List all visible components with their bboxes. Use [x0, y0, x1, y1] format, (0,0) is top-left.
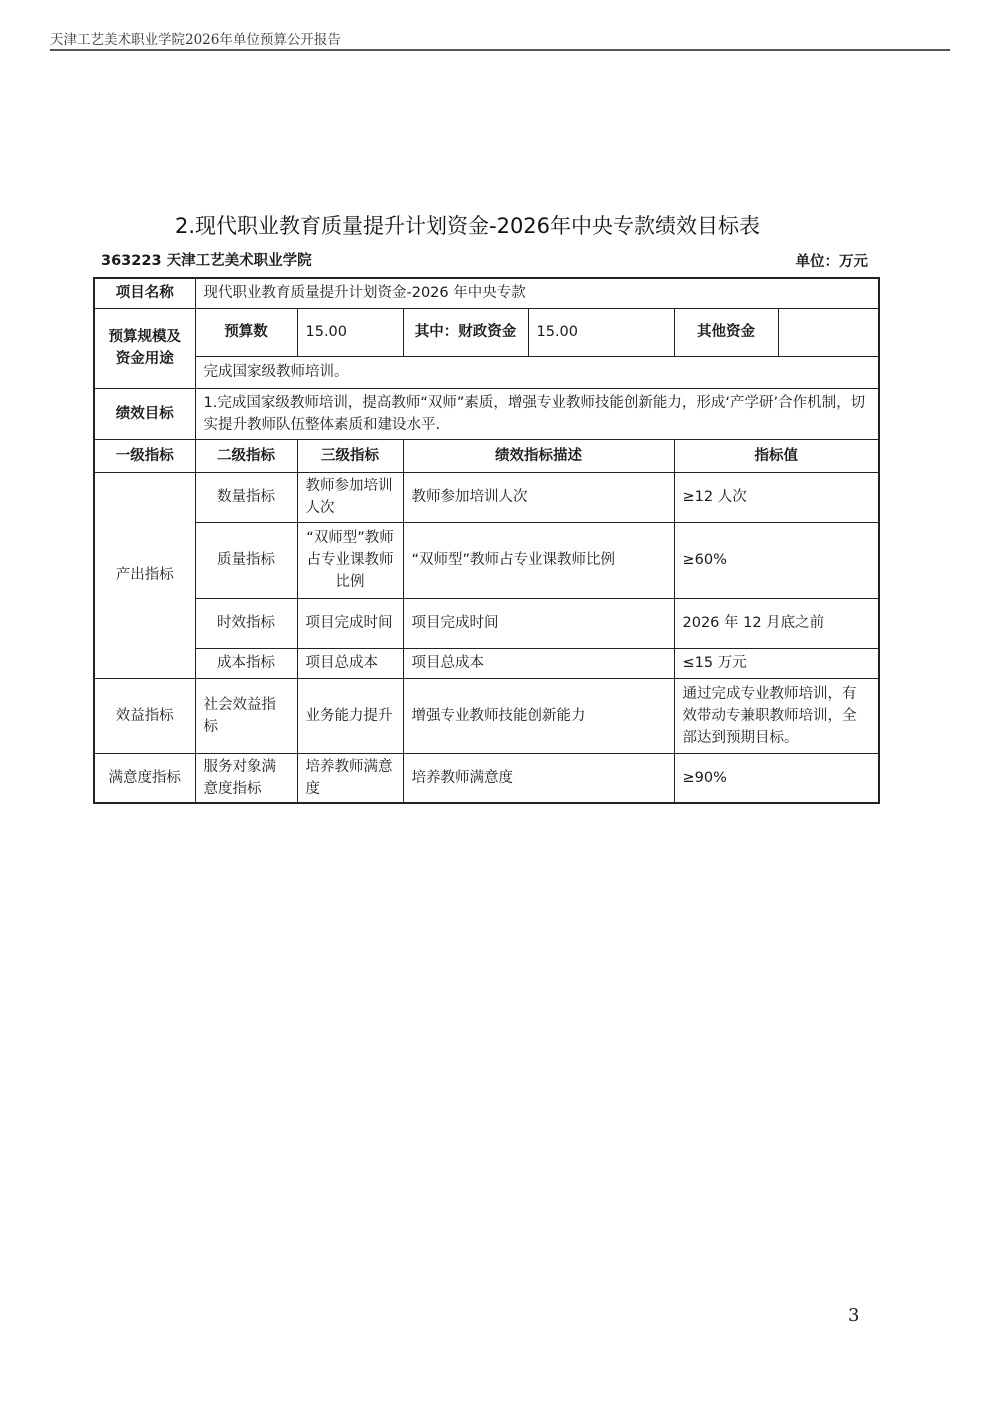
level1-benefit: 效益指标	[94, 678, 195, 753]
level3-cell: 教师参加培训人次	[297, 472, 403, 522]
level3-cell: 项目完成时间	[297, 598, 403, 648]
value-cell: 通过完成专业教师培训，有效带动专兼职教师培训，全部达到预期目标。	[674, 678, 879, 753]
level3-cell: 培养教师满意度	[297, 753, 403, 803]
header-level1: 一级指标	[94, 439, 195, 472]
indicator-header-row: 一级指标 二级指标 三级指标 绩效指标描述 指标值	[94, 439, 879, 472]
budget-amount-value: 15.00	[297, 308, 403, 356]
running-header: 天津工艺美术职业学院2026年单位预算公开报告	[50, 28, 341, 48]
performance-goal-table: 项目名称 现代职业教育质量提升计划资金-2026 年中央专款 预算规模及资金用途…	[93, 277, 880, 804]
indicator-row: 满意度指标 服务对象满意度指标 培养教师满意度 培养教师满意度 ≥90%	[94, 753, 879, 803]
level1-output: 产出指标	[94, 472, 195, 678]
goal-row: 绩效目标 1.完成国家级教师培训，提高教师“双师”素质，增强专业教师技能创新能力…	[94, 388, 879, 439]
value-cell: ≤15 万元	[674, 648, 879, 678]
level3-cell: 业务能力提升	[297, 678, 403, 753]
page-number: 3	[848, 1305, 859, 1326]
indicator-row: 成本指标 项目总成本 项目总成本 ≤15 万元	[94, 648, 879, 678]
description-cell: 项目总成本	[403, 648, 674, 678]
value-cell: ≥60%	[674, 522, 879, 598]
goal-label: 绩效目标	[94, 388, 195, 439]
level2-cell: 质量指标	[195, 522, 297, 598]
budget-label: 预算规模及资金用途	[94, 308, 195, 388]
other-funds-label: 其他资金	[674, 308, 778, 356]
indicator-row: 效益指标 社会效益指标 业务能力提升 增强专业教师技能创新能力 通过完成专业教师…	[94, 678, 879, 753]
indicator-row: 质量指标 “双师型”教师占专业课教师比例 “双师型”教师占专业课教师比例 ≥60…	[94, 522, 879, 598]
level2-cell: 服务对象满意度指标	[195, 753, 297, 803]
header-value: 指标值	[674, 439, 879, 472]
description-cell: 项目完成时间	[403, 598, 674, 648]
level2-cell: 成本指标	[195, 648, 297, 678]
description-cell: 教师参加培训人次	[403, 472, 674, 522]
usage-row: 完成国家级教师培训。	[94, 356, 879, 388]
level1-satisfaction: 满意度指标	[94, 753, 195, 803]
project-name-value: 现代职业教育质量提升计划资金-2026 年中央专款	[195, 278, 879, 308]
document-title: 2.现代职业教育质量提升计划资金-2026年中央专款绩效目标表	[0, 210, 935, 240]
value-cell: ≥90%	[674, 753, 879, 803]
header-level3: 三级指标	[297, 439, 403, 472]
project-name-label: 项目名称	[94, 278, 195, 308]
value-cell: ≥12 人次	[674, 472, 879, 522]
indicator-row: 时效指标 项目完成时间 项目完成时间 2026 年 12 月底之前	[94, 598, 879, 648]
fiscal-funds-label: 其中：财政资金	[403, 308, 528, 356]
budget-row: 预算规模及资金用途 预算数 15.00 其中：财政资金 15.00 其他资金	[94, 308, 879, 356]
project-name-row: 项目名称 现代职业教育质量提升计划资金-2026 年中央专款	[94, 278, 879, 308]
level2-cell: 社会效益指标	[195, 678, 297, 753]
level3-cell: “双师型”教师占专业课教师比例	[297, 522, 403, 598]
header-rule	[50, 49, 950, 51]
indicator-row: 产出指标 数量指标 教师参加培训人次 教师参加培训人次 ≥12 人次	[94, 472, 879, 522]
header-level2: 二级指标	[195, 439, 297, 472]
level3-cell: 项目总成本	[297, 648, 403, 678]
header-description: 绩效指标描述	[403, 439, 674, 472]
funds-usage-value: 完成国家级教师培训。	[195, 356, 879, 388]
fiscal-funds-value: 15.00	[528, 308, 674, 356]
description-cell: 培养教师满意度	[403, 753, 674, 803]
organization-label: 363223 天津工艺美术职业学院	[101, 249, 312, 270]
goal-value: 1.完成国家级教师培训，提高教师“双师”素质，增强专业教师技能创新能力，形成‘产…	[195, 388, 879, 439]
value-cell: 2026 年 12 月底之前	[674, 598, 879, 648]
level2-cell: 数量指标	[195, 472, 297, 522]
other-funds-value	[778, 308, 879, 356]
budget-amount-label: 预算数	[195, 308, 297, 356]
level2-cell: 时效指标	[195, 598, 297, 648]
unit-label: 单位：万元	[796, 250, 869, 271]
description-cell: “双师型”教师占专业课教师比例	[403, 522, 674, 598]
description-cell: 增强专业教师技能创新能力	[403, 678, 674, 753]
